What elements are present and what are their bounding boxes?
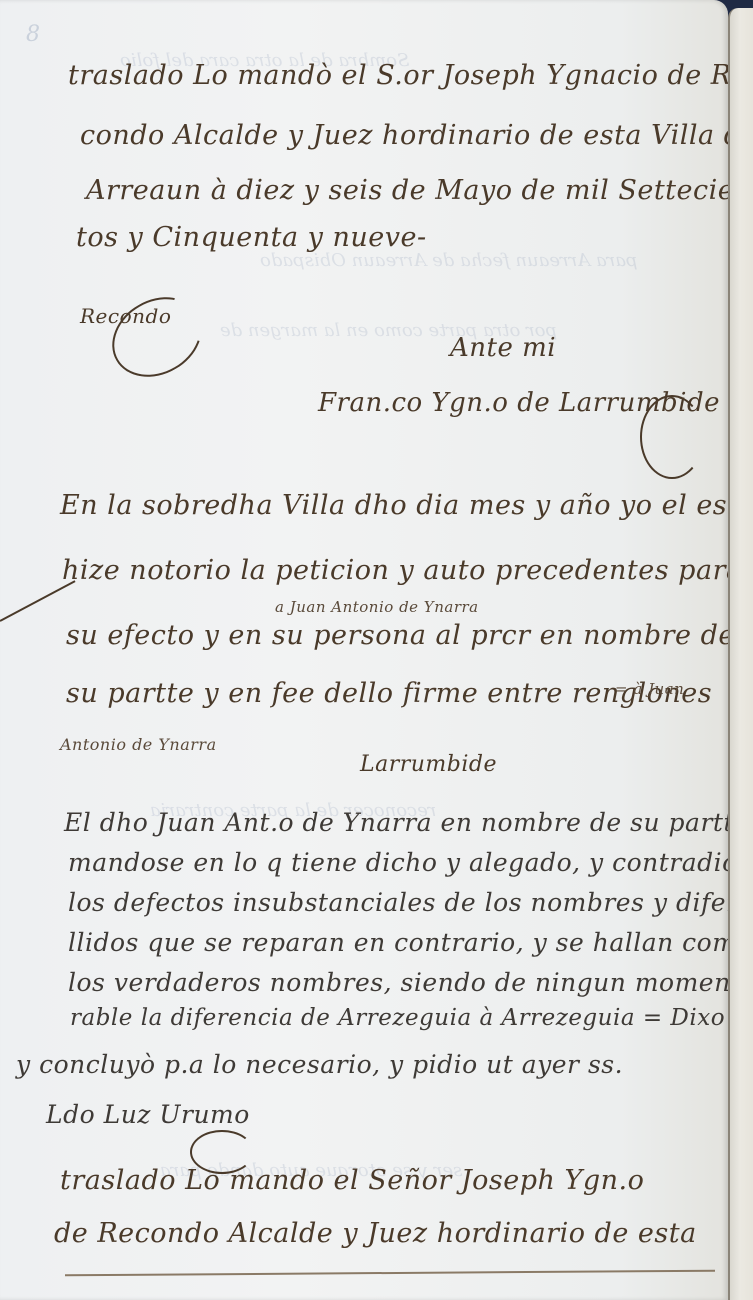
interlinear-note-1: a Juan Antonio de Ynarra [275, 598, 479, 616]
signature-rubric-icon [640, 395, 704, 479]
notification-line-1: En la sobredha Villa dho dia mes y año y… [60, 490, 753, 521]
decree-1-line-4: tos y Cinquenta y nueve- [76, 222, 427, 253]
response-line-7: y concluyò p.a lo necesario, y pidio ut … [16, 1050, 623, 1079]
next-page-edge [728, 8, 753, 1300]
response-line-1: El dho Juan Ant.o de Ynarra en nombre de… [64, 808, 753, 837]
notification-line-5: Antonio de Ynarra [60, 735, 217, 754]
signature-flourish-icon [98, 281, 216, 392]
folio-number: 8 [26, 22, 40, 47]
decree-1-line-2: condo Alcalde y Juez hordinario de esta … [80, 120, 753, 151]
interlinear-note-2: = à Juan [615, 680, 684, 698]
notification-line-3: su efecto y en su persona al prcr en nom… [66, 620, 735, 651]
decree-2-line-2: de Recondo Alcalde y Juez hordinario de … [54, 1218, 697, 1249]
decree-1-line-1: traslado Lo mandò el S.or Joseph Ygnacio… [68, 60, 753, 91]
margin-slash-mark [0, 580, 76, 622]
decree-1-line-3: Arreaun à diez y seis de Mayo de mil Set… [86, 175, 753, 206]
response-line-2: mandose en lo q tiene dicho y alegado, y… [68, 848, 753, 877]
ante-mi-text: Ante mi [450, 333, 556, 363]
signature-larrumbide: Larrumbide [360, 752, 497, 777]
response-line-4: llidos que se reparan en contrario, y se… [68, 928, 753, 957]
response-line-3: los defectos insubstanciales de los nomb… [68, 888, 753, 917]
notification-line-2: hize notorio la peticion y auto preceden… [62, 555, 743, 586]
manuscript-page: Sombra de la otra cara del folio para Ar… [0, 0, 728, 1300]
response-line-5: los verdaderos nombres, siendo de ningun… [68, 968, 753, 997]
response-line-6: rable la diferencia de Arrezeguia à Arre… [70, 1005, 753, 1031]
bottom-rule-line [65, 1270, 715, 1277]
decree-2-line-1: traslado Lo mando el Señor Joseph Ygn.o [60, 1165, 644, 1196]
lawyer-signature: Ldo Luz Urumo [46, 1100, 250, 1129]
bleed-through-text: para Arreaun fecha de Arreaun Obispado [260, 250, 638, 271]
